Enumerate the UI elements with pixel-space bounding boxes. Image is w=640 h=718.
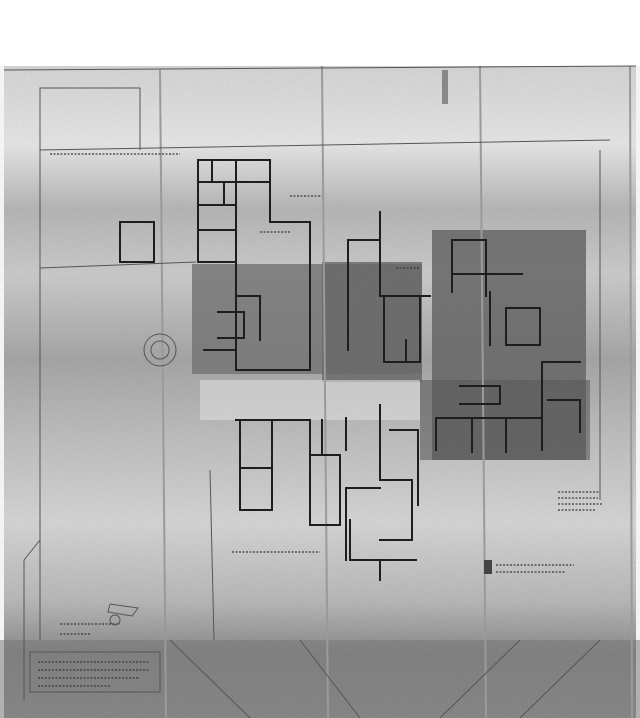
paper-background [0,66,640,718]
floor-plan-drawing [0,0,640,718]
blueprint-sheet [0,0,640,718]
